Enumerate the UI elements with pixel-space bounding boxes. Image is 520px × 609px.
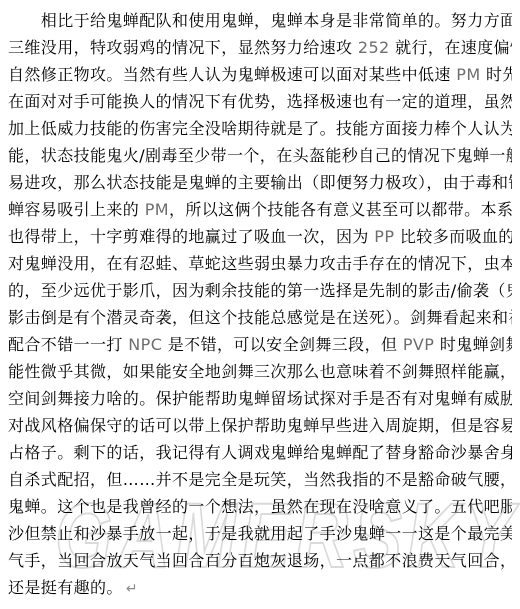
text-line: 占格子。剩下的话，我记得有人调戏鬼蝉给鬼蝉配了替身豁命沙暴舍身撞这样的 — [8, 439, 512, 466]
text-line: 三维没用，特攻弱鸡的情况下，显然努力给速攻 252 就行，在速度偏慢的情况下 — [8, 34, 512, 61]
latin-text: PM — [456, 65, 480, 84]
paragraph-end-mark: ↵ — [123, 581, 138, 597]
text-line: 鬼蝉。这个也是我曾经的一个想法，虽然在现在没啥意义了。五代吧服可以用挖 — [8, 493, 512, 520]
text-line: 自杀式配招，但……并不是完全是玩笑，当然我指的不是豁命破气腰，而是手沙 — [8, 466, 512, 493]
paragraph-text: 相比于给鬼蝉配队和使用鬼蝉，鬼蝉本身是非常简单的。努力方面由于耐久三维没用，特攻… — [0, 0, 520, 601]
text-line: 能性微乎其微，如果能安全地剑舞三次那么也意味着不剑舞照样能赢，除非你想 — [8, 358, 512, 385]
text-line: 还是挺有趣的。↵ — [8, 574, 512, 601]
text-line: 的，至少远优于影爪，因为剩余技能的第一选择是先制的影击/偷袭（鬼本除了 — [8, 277, 512, 304]
text-line: 自然修正物攻。当然有些人认为鬼蝉极速可以面对某些中低速 PM 时先手接力， — [8, 61, 512, 88]
text-line: 也得带上，十字剪难得的地赢过了吸血一次，因为 PP 比较多而吸血的额外效果 — [8, 223, 512, 250]
text-line: 沙但禁止和沙暴手放一起，于是我就用起了手沙鬼蝉一一这是个最完美的手动天 — [8, 520, 512, 547]
text-line: 空间剑舞接力啥的。保护能帮助鬼蝉留场试探对手是否有对鬼蝉有威胁的技能， — [8, 385, 512, 412]
text-line: 在面对对手可能换人的情况下有优势，选择极速也有一定的道理，虽然 90 满攻 — [8, 88, 512, 115]
text-line: 相比于给鬼蝉配队和使用鬼蝉，鬼蝉本身是非常简单的。努力方面由于耐久 — [8, 7, 512, 34]
latin-text: PVP — [403, 335, 434, 354]
latin-text: PP — [374, 227, 394, 246]
text-line: 能，状态技能鬼火/剧毒至少带一个，在头盔能秒自己的情况下鬼蝉一般不会轻 — [8, 142, 512, 169]
latin-text: 252 — [358, 38, 390, 57]
text-line: 对战风格偏保守的话可以带上保护帮助鬼蝉早些进入周旋期，但是容易被读而且 — [8, 412, 512, 439]
latin-text: NPC — [128, 335, 162, 354]
text-line: 易进攻，那么状态技能是鬼蝉的主要输出（即便努力极攻），由于毒和钢都是鬼 — [8, 169, 512, 196]
text-line: 蝉容易吸引上来的 PM，所以这俩个技能各有意义甚至可以都带。本系输出自然 — [8, 196, 512, 223]
latin-text: PM — [145, 200, 169, 219]
text-line: 加上低威力技能的伤害完全没啥期待就是了。技能方面接力棒个人认为是核心技 — [8, 115, 512, 142]
text-line: 对鬼蝉没用，在有忍蛙、草蛇这些弱虫暴力攻击手存在的情况下，虫本意义是有 — [8, 250, 512, 277]
text-line: 气手，当回合放天气当回合百分百炮灰退场，一点都不浪费天气回合，用起来倒 — [8, 547, 512, 574]
text-line: 影击倒是有个潜灵奇袭，但这个技能总感觉是在送死）。剑舞看起来和神奇守护 — [8, 304, 512, 331]
text-line: 配合不错一一打 NPC 是不错，可以安全剑舞三段，但 PVP 时鬼蝉剑舞推队的可 — [8, 331, 512, 358]
document-page: GAMERSKY 相比于给鬼蝉配队和使用鬼蝉，鬼蝉本身是非常简单的。努力方面由于… — [0, 0, 520, 609]
